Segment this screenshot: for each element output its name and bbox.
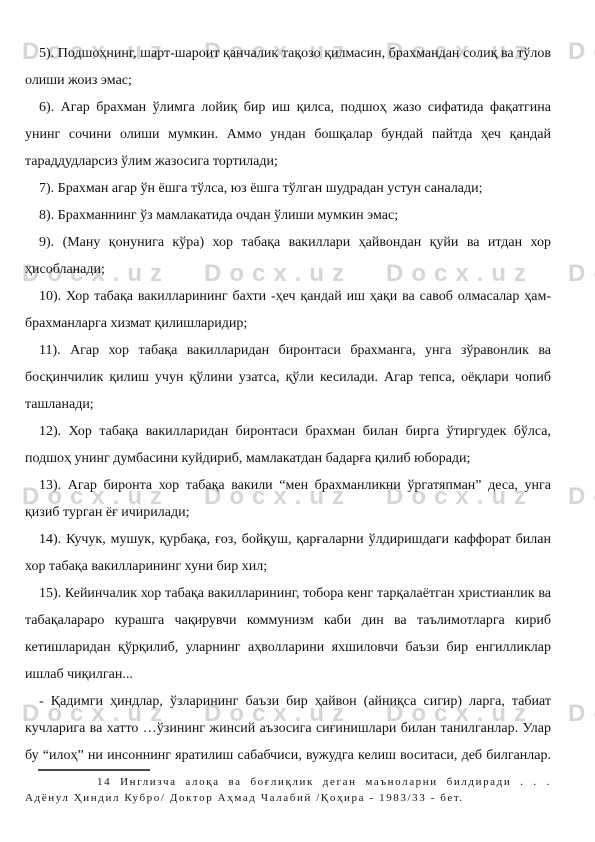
paragraph: 12). Хор табақа вакилларидан биронтаси б… — [25, 418, 551, 472]
footnote-text: 14 Инглизча алоқа ва боғлиқлик деган маъ… — [25, 774, 551, 806]
watermark-text: Docx.uz — [568, 40, 595, 64]
paragraph: 9). (Ману қонунига кўра) хор табақа ваки… — [25, 229, 551, 283]
paragraph: - Қадимги ҳиндлар, ўзларининг баъзи бир … — [25, 688, 551, 768]
paragraph: 15). Кейинчалик хор табақа вакилларининг… — [25, 580, 551, 688]
paragraph: 5). Подшоҳнинг, шарт-шароит қанчалик тақ… — [25, 40, 551, 94]
watermark-text: Docx.uz — [568, 262, 595, 286]
watermark-text: Docx.uz — [568, 702, 595, 726]
paragraph: 10). Хор табақа вакилларининг бахти -ҳеч… — [25, 283, 551, 337]
page-body: 5). Подшоҳнинг, шарт-шароит қанчалик тақ… — [25, 40, 551, 768]
paragraph: 6). Агар брахман ўлимга лойиқ бир иш қил… — [25, 94, 551, 175]
paragraph: 14). Кучук, мушук, қурбақа, ғоз, бойқуш,… — [25, 526, 551, 580]
paragraph: 8). Брахманнинг ўз мамлакатида очдан ўли… — [25, 202, 551, 229]
paragraph: 11). Агар хор табақа вакилларидан биронт… — [25, 337, 551, 418]
paragraph: 13). Агар биронта хор табақа вакили “мен… — [25, 472, 551, 526]
paragraph-text: - Қадимги ҳиндлар, ўзларининг баъзи бир … — [25, 694, 551, 768]
footnote-area: 14 Инглизча алоқа ва боғлиқлик деган маъ… — [25, 769, 551, 806]
footnote-separator — [38, 769, 150, 771]
watermark-text: Docx.uz — [568, 485, 595, 509]
paragraph: 7). Брахман агар ўн ёшга тўлса, юз ёшга … — [25, 175, 551, 202]
document-page: Docx.uz Docx.uz Docx.uz Docx.uz Docx.uz … — [0, 0, 595, 842]
